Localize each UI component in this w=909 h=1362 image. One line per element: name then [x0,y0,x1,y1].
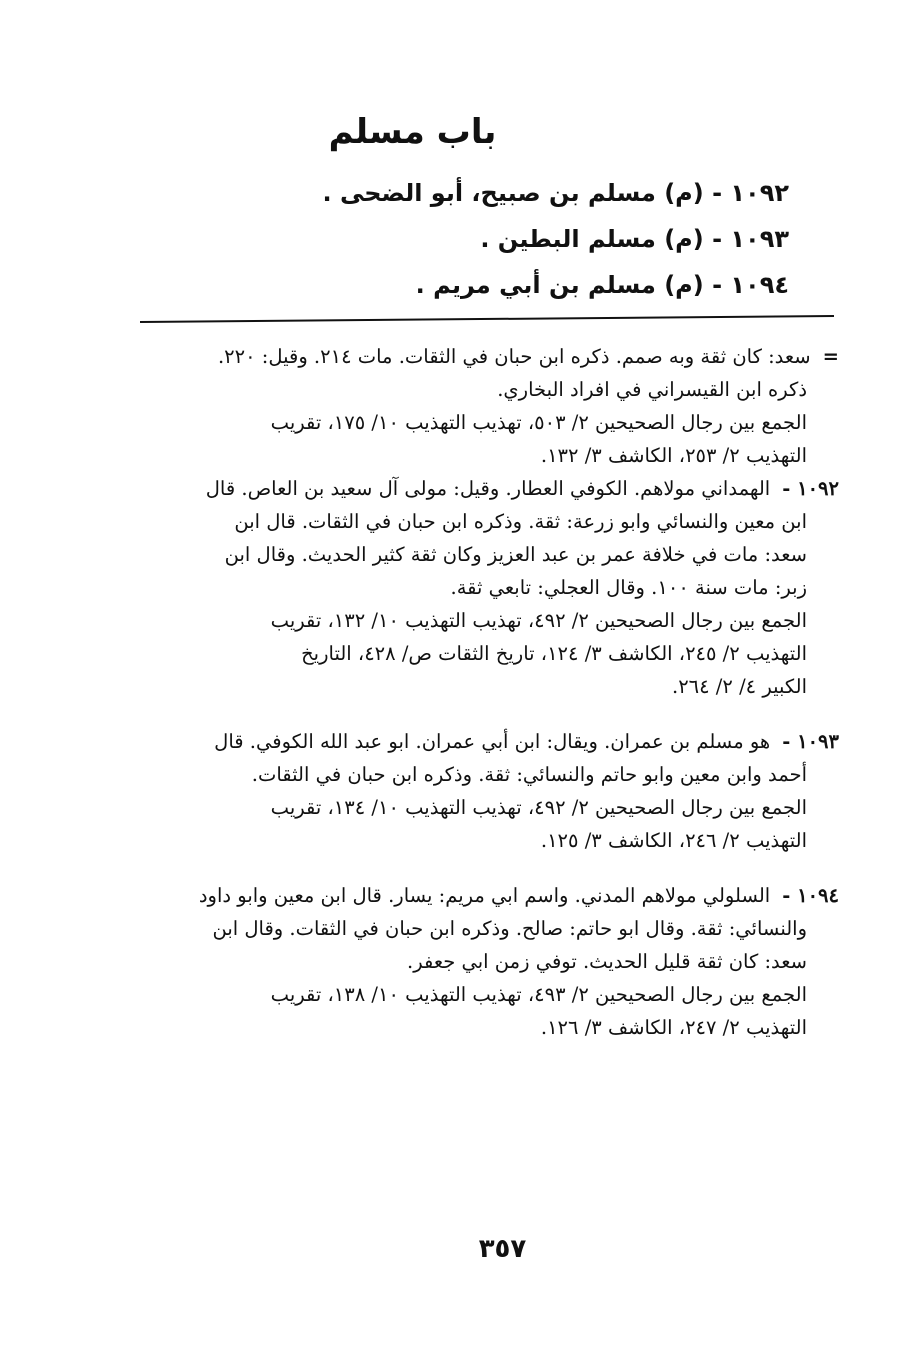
entry-1094: ١٠٩٤ - (م) مسلم بن أبي مريم . [329,262,789,308]
chapter-title-text: باب مسلم [329,112,497,152]
entry-1093: ١٠٩٣ - (م) مسلم البطين . [329,216,789,262]
footnote-divider [140,315,834,323]
book-page: باب مسلم ١٠٩٢ - (م) مسلم بن صبيح، أبو ال… [0,0,909,1362]
footnote-number: ١٠٩٤ - [782,884,839,907]
footnote-line: سعد: كان ثقة قليل الحديث. توفي زمن ابي ج… [99,945,839,978]
footnote-line: الجمع بين رجال الصحيحين ٢/ ٤٩٢، تهذيب ال… [99,791,839,824]
footnote-line: التهذيب ٢/ ٢٤٦، الكاشف ٣/ ١٢٥. [99,824,839,857]
footnote-line: ذكره ابن القيسراني في افراد البخاري. [99,373,839,406]
footnote-line: أحمد وابن معين وابو حاتم والنسائي: ثقة. … [99,758,839,791]
footnote-line: الجمع بين رجال الصحيحين ٢/ ٥٠٣، تهذيب ال… [99,406,839,439]
continuation-marker: = [823,345,839,368]
footnote-line: السلولي مولاهم المدني. واسم ابي مريم: يس… [199,884,770,907]
footnote-line: والنسائي: ثقة. وقال ابو حاتم: صالح. وذكر… [99,912,839,945]
chapter-title: باب مسلم [0,112,909,152]
footnote-line: سعد: مات في خلافة عمر بن عبد العزيز وكان… [99,538,839,571]
footnote-line: ابن معين والنسائي وابو زرعة: ثقة. وذكره … [99,505,839,538]
footnote-line: سعد: كان ثقة وبه صمم. ذكره ابن حبان في ا… [218,345,811,368]
entry-1092: ١٠٩٢ - (م) مسلم بن صبيح، أبو الضحى . [329,170,789,216]
footnote-number: ١٠٩٣ - [782,730,839,753]
footnote-1093: ١٠٩٣ -هو مسلم بن عمران. ويقال: ابن أبي ع… [99,725,839,857]
page-number-text: ٣٥٧ [479,1234,527,1264]
footnote-continued: =سعد: كان ثقة وبه صمم. ذكره ابن حبان في … [99,340,839,472]
footnote-line: الجمع بين رجال الصحيحين ٢/ ٤٩٢، تهذيب ال… [99,604,839,637]
footnote-line: التهذيب ٢/ ٢٤٧، الكاشف ٣/ ١٢٦. [99,1011,839,1044]
footnote-line: التهذيب ٢/ ٢٤٥، الكاشف ٣/ ١٢٤، تاريخ الث… [99,637,839,670]
footnote-line: الكبير ٤/ ٢/ ٢٦٤. [99,670,839,703]
entry-list: ١٠٩٢ - (م) مسلم بن صبيح، أبو الضحى . ١٠٩… [329,170,789,308]
footnotes: =سعد: كان ثقة وبه صمم. ذكره ابن حبان في … [99,340,839,1044]
footnote-line: الهمداني مولاهم. الكوفي العطار. وقيل: مو… [206,477,770,500]
footnote-line: التهذيب ٢/ ٢٥٣، الكاشف ٣/ ١٣٢. [99,439,839,472]
page-number: ٣٥٧ [0,1234,909,1264]
footnote-line: هو مسلم بن عمران. ويقال: ابن أبي عمران. … [214,730,770,753]
footnote-number: ١٠٩٢ - [782,477,839,500]
footnote-1094: ١٠٩٤ -السلولي مولاهم المدني. واسم ابي مر… [99,879,839,1044]
footnote-line: الجمع بين رجال الصحيحين ٢/ ٤٩٣، تهذيب ال… [99,978,839,1011]
footnote-line: زبر: مات سنة ١٠٠. وقال العجلي: تابعي ثقة… [99,571,839,604]
footnote-1092: ١٠٩٢ -الهمداني مولاهم. الكوفي العطار. وق… [99,472,839,703]
